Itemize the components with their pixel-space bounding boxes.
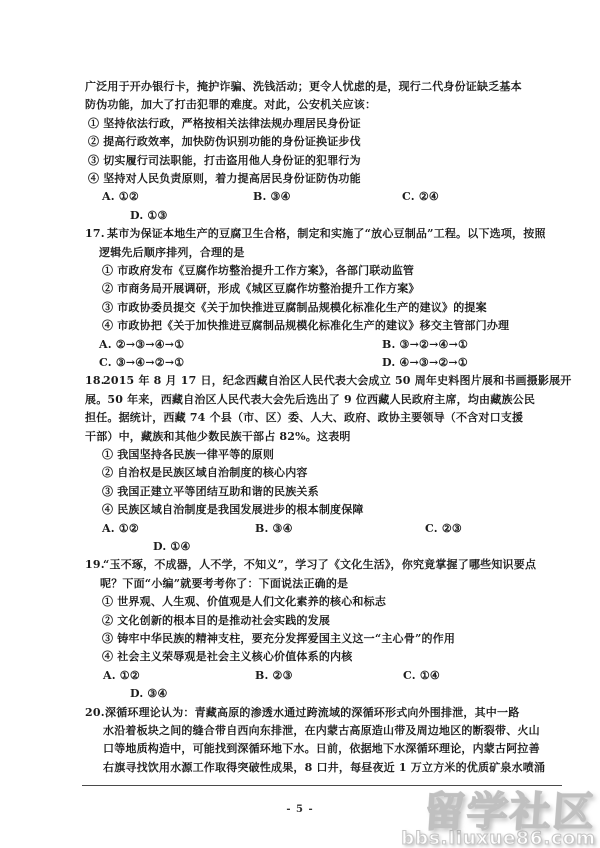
text-segment: B. ③④ bbox=[255, 520, 293, 538]
question-17-line: ② 市商务局开展调研，形成《城区豆腐作坊整治提升工作方案》 bbox=[85, 280, 525, 298]
text-segment: C. ①④ bbox=[403, 667, 440, 685]
text-segment: ③ 我国正建立平等团结互助和谐的民族关系 bbox=[102, 483, 319, 501]
text-segment: B. ③④ bbox=[253, 188, 291, 206]
text-segment: ② 自治权是民族区域自治制度的核心内容 bbox=[102, 464, 308, 482]
question-19-line: ③ 铸牢中华民族的精神支柱，要充分发挥爱国主义这一“主心骨”的作用 bbox=[85, 630, 525, 648]
text-segment: C. ②④ bbox=[402, 188, 439, 206]
text-segment: ② 市商务局开展调研，形成《城区豆腐作坊整治提升工作方案》 bbox=[102, 280, 420, 298]
text-segment: ③ 切实履行司法职能，打击盗用他人身份证的犯罪行为 bbox=[88, 152, 361, 170]
text-segment: 干部）中，藏族和其他少数民族干部占 82%。这表明 bbox=[85, 428, 351, 446]
question-19-line: 19.“玉不琢，不成器，人不学，不知义”，学习了《文化生活》，你究竟掌握了哪些知… bbox=[85, 556, 525, 574]
text-segment: D. ③④ bbox=[130, 685, 168, 703]
question-19-line: ① 世界观、人生观、价值观是人们文化素养的核心和标志 bbox=[85, 593, 525, 611]
text-segment: 某市为保证本地生产的豆腐卫生合格，制定和实施了“放心豆制品”工程。以下选项，按照 bbox=[107, 225, 546, 243]
text-segment: C. ②③ bbox=[425, 520, 462, 538]
question-17-line: ③ 市政协委员提交《关于加快推进豆腐制品规模化标准化生产的建议》的提案 bbox=[85, 299, 525, 317]
question-19-line: ② 文化创新的根本目的是推动社会实践的发展 bbox=[85, 612, 525, 630]
text-segment: B. ②③ bbox=[255, 667, 293, 685]
question-19-line: ④ 社会主义荣辱观是社会主义核心价值体系的内核 bbox=[85, 648, 525, 666]
text-segment: ④ 市政协把《关于加快推进豆腐制品规模化标准化生产的建议》移交主管部门办理 bbox=[102, 317, 509, 335]
text-segment: ④ 民族区域自治制度是我国发展进步的根本制度保障 bbox=[102, 501, 364, 519]
question-16-continuation-line: ② 提高行政效率，加快防伪识别功能的身份证换证步伐 bbox=[85, 133, 525, 151]
question-20-line: 20.深循环理论认为：青藏高原的渗透水通过跨流域的深循环形式向外围排泄，其中一路 bbox=[85, 704, 525, 722]
text-segment: ④ 社会主义荣辱观是社会主义核心价值体系的内核 bbox=[102, 648, 352, 666]
question-17-line: 17.某市为保证本地生产的豆腐卫生合格，制定和实施了“放心豆制品”工程。以下选项… bbox=[85, 225, 525, 243]
question-17-line: ④ 市政协把《关于加快推进豆腐制品规模化标准化生产的建议》移交主管部门办理 bbox=[85, 317, 525, 335]
question-16-continuation-line: ④ 坚持对人民负责原则，着力提高居民身份证防伪功能 bbox=[85, 170, 525, 188]
text-segment: D. ①③ bbox=[130, 207, 168, 225]
question-16-continuation-line: 防伪功能，加大了打击犯罪的难度。对此，公安机关应该： bbox=[85, 96, 525, 114]
text-segment: ③ 市政协委员提交《关于加快推进豆腐制品规模化标准化生产的建议》的提案 bbox=[102, 299, 487, 317]
text-segment: 防伪功能，加大了打击犯罪的难度。对此，公安机关应该： bbox=[85, 96, 376, 114]
text-segment: A. ①② bbox=[102, 520, 139, 538]
page-number: - 5 - bbox=[0, 804, 600, 815]
question-18-line: 18.2015 年 8 月 17 日，纪念西藏自治区人民代表大会成立 50 周年… bbox=[85, 372, 525, 390]
footer-divider bbox=[82, 785, 562, 786]
text-segment: ① 坚持依法行政，严格按相关法律法规办理居民身份证 bbox=[88, 115, 361, 133]
text-segment: A. ①② bbox=[103, 667, 140, 685]
exam-document-page: 广泛用于开办银行卡，掩护诈骗、洗钱活动；更令人忧虑的是，现行二代身份证缺乏基本防… bbox=[0, 0, 600, 848]
question-16-continuation-line: D. ①③ bbox=[85, 207, 525, 225]
question-17-line: A. ②→③→④→①B. ③→②→④→① bbox=[85, 336, 525, 354]
question-16-continuation-line: ③ 切实履行司法职能，打击盗用他人身份证的犯罪行为 bbox=[85, 152, 525, 170]
question-19-line: D. ③④ bbox=[85, 685, 525, 703]
text-segment: 口等地质构造中，可能找到深循环地下水。日前，依据地下水深循环理论，内蒙古阿拉善 bbox=[103, 740, 540, 758]
text-segment: ① 世界观、人生观、价值观是人们文化素养的核心和标志 bbox=[102, 593, 386, 611]
text-segment: ② 提高行政效率，加快防伪识别功能的身份证换证步伐 bbox=[88, 133, 361, 151]
text-segment: ④ 坚持对人民负责原则，着力提高居民身份证防伪功能 bbox=[88, 170, 361, 188]
text-segment: 17. bbox=[85, 225, 105, 243]
watermark: 留学社区 bbs.liuxue86.com bbox=[401, 791, 596, 848]
question-18-line: ② 自治权是民族区域自治制度的核心内容 bbox=[85, 464, 525, 482]
watermark-url: bbs.liuxue86.com bbox=[401, 830, 596, 848]
text-segment: 逻辑先后顺序排列，合理的是 bbox=[99, 244, 245, 262]
text-segment: D. ④→③→②→① bbox=[382, 354, 468, 372]
question-18-line: ③ 我国正建立平等团结互助和谐的民族关系 bbox=[85, 483, 525, 501]
text-segment: ① 市政府发布《豆腐作坊整治提升工作方案》，各部门联动监管 bbox=[102, 262, 414, 280]
text-segment: D. ①④ bbox=[153, 538, 191, 556]
text-segment: ② 文化创新的根本目的是推动社会实践的发展 bbox=[102, 612, 330, 630]
question-18-line: D. ①④ bbox=[85, 538, 525, 556]
question-18-line: 担任。据统计，西藏 74 个县（市、区）委、人大、政府、政协主要领导（不含对口支… bbox=[85, 409, 525, 427]
text-segment: 18. bbox=[85, 372, 105, 390]
question-18-line: 干部）中，藏族和其他少数民族干部占 82%。这表明 bbox=[85, 428, 525, 446]
text-segment: 19. bbox=[85, 556, 105, 574]
text-segment: 右旗寻找饮用水源工作取得突破性成果，8 口井，每昼夜近 1 万立方米的优质矿泉水… bbox=[103, 759, 545, 777]
question-17-line: ① 市政府发布《豆腐作坊整治提升工作方案》，各部门联动监管 bbox=[85, 262, 525, 280]
question-17-line: C. ③→④→②→①D. ④→③→②→① bbox=[85, 354, 525, 372]
text-segment: A. ①② bbox=[102, 188, 139, 206]
question-16-continuation-line: 广泛用于开办银行卡，掩护诈骗、洗钱活动；更令人忧虑的是，现行二代身份证缺乏基本 bbox=[85, 78, 525, 96]
text-segment: ① 我国坚持各民族一律平等的原则 bbox=[102, 446, 274, 464]
text-segment: “玉不琢，不成器，人不学，不知义”，学习了《文化生活》，你究竟掌握了哪些知识要点 bbox=[103, 556, 536, 574]
text-segment: 20. bbox=[85, 704, 105, 722]
question-16-continuation-line: A. ①②B. ③④C. ②④ bbox=[85, 188, 525, 206]
exam-content: 广泛用于开办银行卡，掩护诈骗、洗钱活动；更令人忧虑的是，现行二代身份证缺乏基本防… bbox=[85, 78, 525, 778]
text-segment: 2015 年 8 月 17 日，纪念西藏自治区人民代表大会成立 50 周年史料图… bbox=[103, 372, 572, 390]
question-17-line: 逻辑先后顺序排列，合理的是 bbox=[85, 244, 525, 262]
text-segment: B. ③→②→④→① bbox=[382, 336, 468, 354]
text-segment: A. ②→③→④→① bbox=[99, 336, 184, 354]
question-19-line: 呢？下面“小编”就要考考你了：下面说法正确的是 bbox=[85, 575, 525, 593]
question-20-line: 右旗寻找饮用水源工作取得突破性成果，8 口井，每昼夜近 1 万立方米的优质矿泉水… bbox=[85, 759, 525, 777]
text-segment: 深循环理论认为：青藏高原的渗透水通过跨流域的深循环形式向外围排泄，其中一路 bbox=[105, 704, 519, 722]
text-segment: C. ③→④→②→① bbox=[99, 354, 184, 372]
question-18-line: ④ 民族区域自治制度是我国发展进步的根本制度保障 bbox=[85, 501, 525, 519]
question-16-continuation-line: ① 坚持依法行政，严格按相关法律法规办理居民身份证 bbox=[85, 115, 525, 133]
question-18-line: 展。50 年来，西藏自治区人民代表大会先后选出了 9 位西藏人民政府主席，均由藏… bbox=[85, 391, 525, 409]
question-18-line: A. ①②B. ③④C. ②③ bbox=[85, 520, 525, 538]
text-segment: 展。50 年来，西藏自治区人民代表大会先后选出了 9 位西藏人民政府主席，均由藏… bbox=[85, 391, 535, 409]
question-18-line: ① 我国坚持各民族一律平等的原则 bbox=[85, 446, 525, 464]
text-segment: 呢？下面“小编”就要考考你了：下面说法正确的是 bbox=[100, 575, 348, 593]
question-19-line: A. ①②B. ②③C. ①④ bbox=[85, 667, 525, 685]
text-segment: ③ 铸牢中华民族的精神支柱，要充分发挥爱国主义这一“主心骨”的作用 bbox=[102, 630, 455, 648]
text-segment: 水沿着板块之间的缝合带自西向东排泄，在内蒙古高原造山带及周边地区的断裂带、火山 bbox=[103, 722, 540, 740]
question-20-line: 口等地质构造中，可能找到深循环地下水。日前，依据地下水深循环理论，内蒙古阿拉善 bbox=[85, 740, 525, 758]
question-20-line: 水沿着板块之间的缝合带自西向东排泄，在内蒙古高原造山带及周边地区的断裂带、火山 bbox=[85, 722, 525, 740]
text-segment: 广泛用于开办银行卡，掩护诈骗、洗钱活动；更令人忧虑的是，现行二代身份证缺乏基本 bbox=[85, 78, 522, 96]
text-segment: 担任。据统计，西藏 74 个县（市、区）委、人大、政府、政协主要领导（不含对口支… bbox=[85, 409, 523, 427]
